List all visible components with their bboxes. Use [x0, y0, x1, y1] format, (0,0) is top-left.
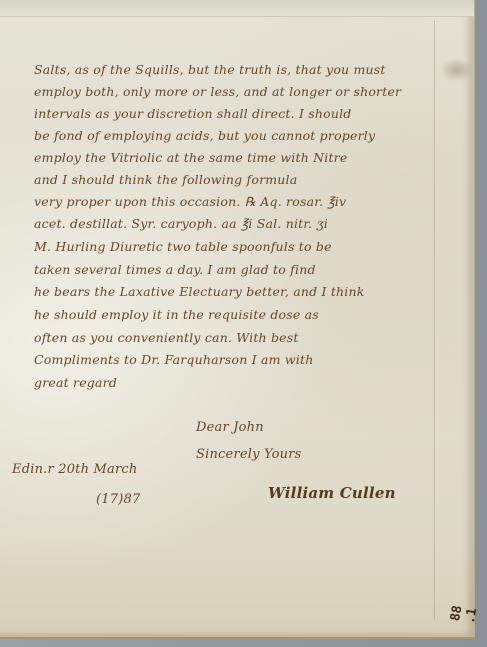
body-line: often as you conveniently can. With best: [34, 330, 299, 345]
ruled-margin-line: [434, 20, 435, 620]
body-line: employ the Vitriolic at the same time wi…: [34, 150, 347, 165]
page-top-fold: [0, 0, 474, 17]
body-line: be fond of employing acids, but you cann…: [34, 128, 375, 143]
body-line: he should employ it in the requisite dos…: [34, 307, 319, 322]
body-line: he bears the Laxative Electuary better, …: [34, 284, 365, 299]
year: (17)87: [96, 492, 140, 507]
body-line: employ both, only more or less, and at l…: [34, 84, 401, 99]
body-line: very proper upon this occasion. ℞ Aq. ro…: [34, 194, 346, 209]
ink-stain: [440, 58, 474, 82]
body-line: Salts, as of the Squills, but the truth …: [34, 62, 386, 77]
body-line: acet. destillat. Syr. caryoph. aa ℥i Sal…: [34, 216, 328, 231]
letter-page: Salts, as of the Squills, but the truth …: [0, 0, 475, 639]
signature: William Cullen: [268, 484, 396, 502]
body-line: great regard: [34, 375, 117, 390]
body-line: M. Hurling Diuretic two table spoonfuls …: [34, 239, 332, 254]
place-date: Edin.r 20th March: [12, 462, 137, 477]
body-line: taken several times a day. I am glad to …: [34, 262, 316, 277]
body-line: Compliments to Dr. Farquharson I am with: [34, 352, 313, 367]
body-line: and I should think the following formula: [34, 172, 297, 187]
salutation: Dear John: [196, 420, 264, 435]
valediction: Sincerely Yours: [196, 447, 302, 462]
body-line: intervals as your discretion shall direc…: [34, 106, 352, 121]
folio-number: 88 .1: [448, 601, 481, 625]
